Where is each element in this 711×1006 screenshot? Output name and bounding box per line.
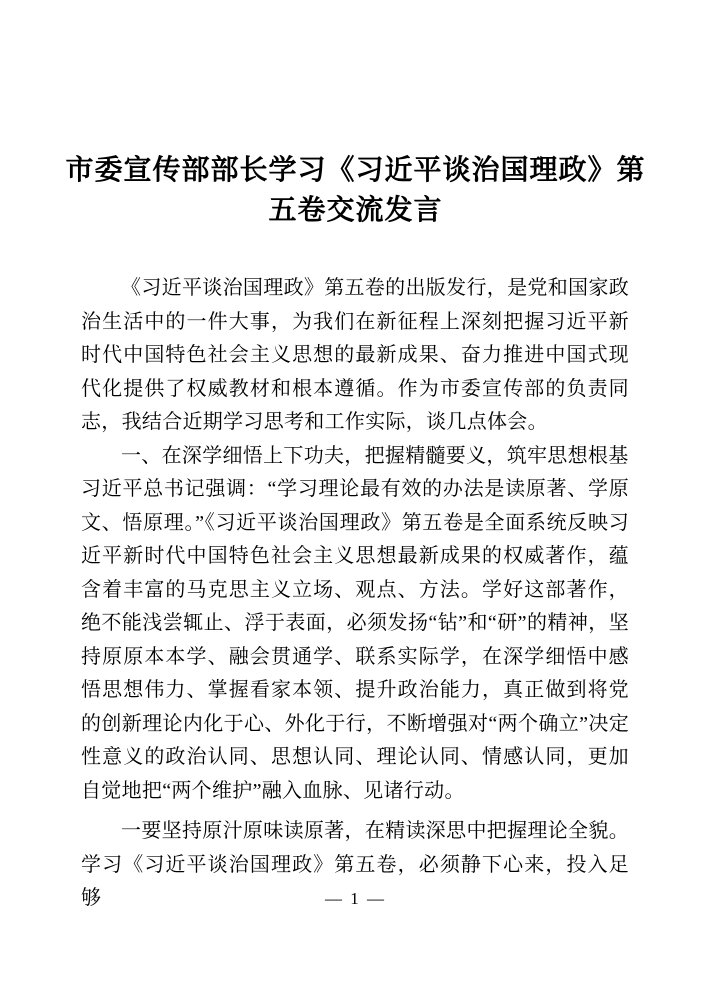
document-title-line-1: 市委宣传部部长学习《习近平谈治国理政》第 bbox=[0, 151, 711, 191]
document-title: 市委宣传部部长学习《习近平谈治国理政》第 五卷交流发言 bbox=[0, 0, 711, 231]
document-page: 市委宣传部部长学习《习近平谈治国理政》第 五卷交流发言 《习近平谈治国理政》第五… bbox=[0, 0, 711, 1006]
section-heading-1: 一、在深学细悟上下功夫，把握精髓要义，筑牢思想根基 bbox=[81, 440, 629, 474]
document-body: 《习近平谈治国理政》第五卷的出版发行，是党和国家政治生活中的一件大事，为我们在新… bbox=[81, 272, 629, 916]
page-number: — 1 — bbox=[0, 889, 711, 909]
paragraph-section-1-body: 习近平总书记强调：“学习理论最有效的办法是读原著、学原文、悟原理。”《习近平谈治… bbox=[81, 473, 629, 808]
document-title-line-2: 五卷交流发言 bbox=[0, 191, 711, 231]
paragraph-intro: 《习近平谈治国理政》第五卷的出版发行，是党和国家政治生活中的一件大事，为我们在新… bbox=[81, 272, 629, 440]
